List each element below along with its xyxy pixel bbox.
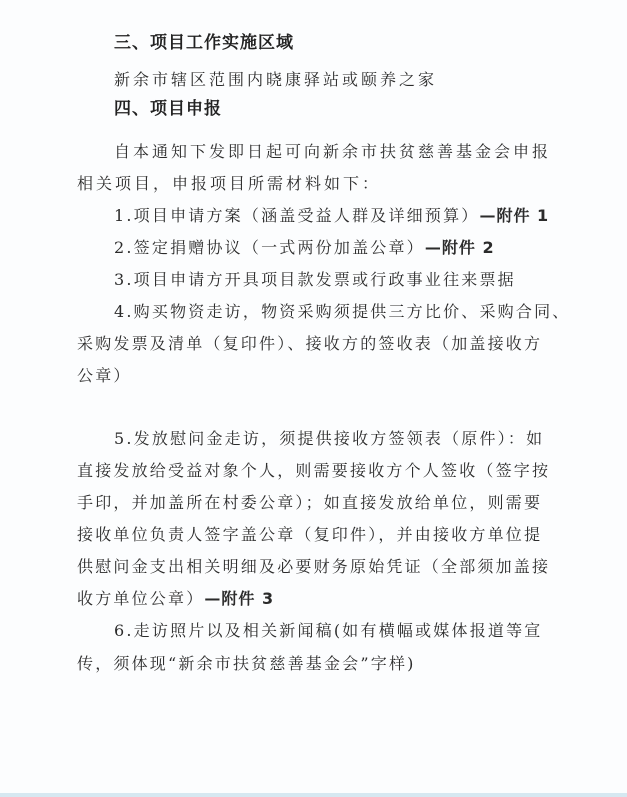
section-heading-3: 三、项目工作实施区域	[114, 33, 594, 53]
attachment-3-label: —附件 3	[204, 589, 274, 608]
item-5-line-4: 接收单位负责人签字盖公章（复印件），并由接收方单位提	[77, 525, 557, 545]
intro-line-2: 相关项目，申报项目所需材料如下：	[77, 174, 557, 194]
item-1: 1.项目申请方案（涵盖受益人群及详细预算）—附件 1	[114, 206, 594, 226]
item-4-line-3: 公章）	[77, 366, 557, 386]
item-5-line-3: 手印，并加盖所在村委公章）；如直接发放给单位，则需要	[77, 493, 557, 513]
intro-line-1: 自本通知下发即日起可向新余市扶贫慈善基金会申报	[114, 142, 594, 162]
attachment-2-label: —附件 2	[425, 238, 495, 257]
document-page: 三、项目工作实施区域 新余市辖区范围内晓康驿站或颐养之家 四、项目申报 自本通知…	[0, 0, 627, 793]
section-3-body: 新余市辖区范围内晓康驿站或颐养之家	[114, 70, 594, 90]
bottom-edge-band	[0, 793, 627, 797]
item-3: 3.项目申请方开具项目款发票或行政事业往来票据	[114, 270, 594, 290]
item-5-line-5: 供慰问金支出相关明细及必要财务原始凭证（全部须加盖接	[77, 557, 557, 577]
item-6-line-1: 6.走访照片以及相关新闻稿(如有横幅或媒体报道等宣	[114, 621, 594, 641]
item-5-line-2: 直接发放给受益对象个人，则需要接收方个人签收（签字按	[77, 461, 557, 481]
section-heading-4: 四、项目申报	[114, 99, 594, 119]
item-5-line-1: 5.发放慰问金走访，须提供接收方签领表（原件）：如	[114, 429, 594, 449]
item-5-line-6: 收方单位公章）—附件 3	[77, 589, 557, 609]
attachment-1-label: —附件 1	[479, 206, 549, 225]
item-4-line-1: 4.购买物资走访，物资采购须提供三方比价、采购合同、	[114, 302, 594, 322]
item-4-line-2: 采购发票及清单（复印件）、接收方的签收表（加盖接收方	[77, 334, 557, 354]
item-2-text: 2.签定捐赠协议（一式两份加盖公章）	[114, 238, 425, 257]
item-5-line-6-text: 收方单位公章）	[77, 589, 204, 608]
item-6-line-2: 传，须体现“新余市扶贫慈善基金会”字样)	[77, 654, 557, 674]
item-2: 2.签定捐赠协议（一式两份加盖公章）—附件 2	[114, 238, 594, 258]
item-1-text: 1.项目申请方案（涵盖受益人群及详细预算）	[114, 206, 479, 225]
